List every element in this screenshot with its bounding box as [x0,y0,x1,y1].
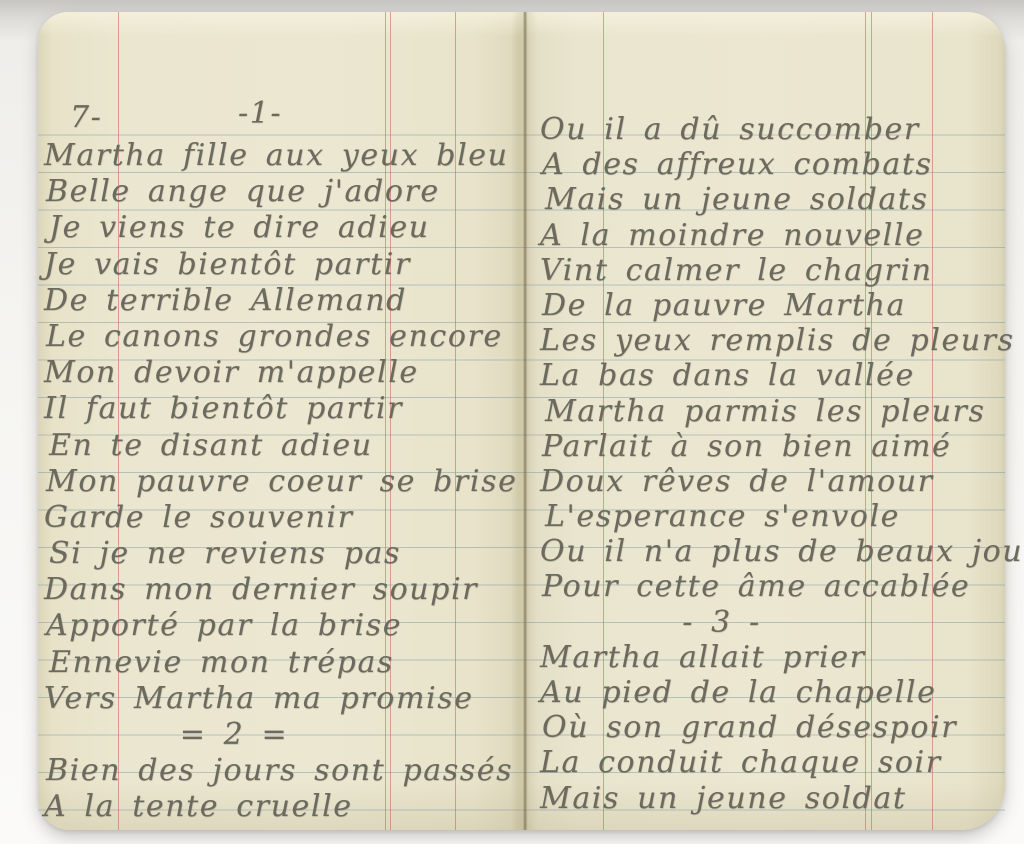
handwritten-line: Mais un jeune soldats [540,182,998,217]
page-number: 7- [70,100,102,135]
handwritten-line: Vers Martha ma promise [44,681,514,717]
handwritten-line: A des affreux combats [540,147,998,182]
handwritten-line: Martha parmis les pleurs [540,394,998,429]
handwritten-line: En te disant adieu [44,428,514,464]
handwritten-line: Où son grand désespoir [540,710,998,745]
handwritten-line: Le canons grondes encore [44,319,514,355]
handwritten-line: Mais un jeune soldat [540,781,998,816]
handwritten-line: Martha fille aux yeux bleu [44,138,514,174]
handwritten-line: Apporté par la brise [44,608,514,644]
stanza-3-label: - 3 - [540,605,998,640]
stanza-2-label: = 2 = [44,717,514,753]
handwritten-line: La bas dans la vallée [540,358,998,393]
handwritten-line: Je viens te dire adieu [44,210,514,246]
handwritten-line: Doux rêves de l'amour [540,464,998,499]
left-page-text: Martha fille aux yeux bleu Belle ange qu… [44,138,514,826]
handwritten-line: Pour cette âme accablée [540,569,998,604]
handwritten-line: Ou il a dû succomber [540,112,998,147]
handwritten-line: Vint calmer le chagrin [540,253,998,288]
handwritten-line: Garde le souvenir [44,500,514,536]
handwritten-line: A la tente cruelle [44,789,514,825]
left-page-header: 7- -1- [38,100,508,140]
handwritten-line: De terrible Allemand [44,283,514,319]
handwritten-line: Ennevie mon trépas [44,645,514,681]
handwritten-line: De la pauvre Martha [540,288,998,323]
right-page-text: Ou il a dû succomber A des affreux comba… [540,112,998,816]
handwritten-line: Bien des jours sont passés [44,753,514,789]
stanza-1-label: -1- [238,96,282,131]
center-seam [512,12,538,830]
handwritten-line: Belle ange que j'adore [44,174,514,210]
handwritten-line: Parlait à son bien aimé [540,429,998,464]
handwritten-line: Dans mon dernier soupir [44,572,514,608]
handwritten-line: Mon pauvre coeur se brise [44,464,514,500]
handwritten-line: Les yeux remplis de pleurs [540,323,998,358]
handwritten-line: Il faut bientôt partir [44,391,514,427]
handwritten-line: L'esperance s'envole [540,499,998,534]
handwritten-line: Ou il n'a plus de beaux jour [540,534,998,569]
handwritten-line: A la moindre nouvelle [540,218,998,253]
handwritten-line: Au pied de la chapelle [540,675,998,710]
handwritten-line: La conduit chaque soir [540,745,998,780]
handwritten-line: Martha allait prier [540,640,998,675]
notebook-spread: 7- -1- Martha fille aux yeux bleu Belle … [38,12,1005,830]
handwritten-line: Mon devoir m'appelle [44,355,514,391]
handwritten-line: Je vais bientôt partir [44,247,514,283]
handwritten-line: Si je ne reviens pas [44,536,514,572]
